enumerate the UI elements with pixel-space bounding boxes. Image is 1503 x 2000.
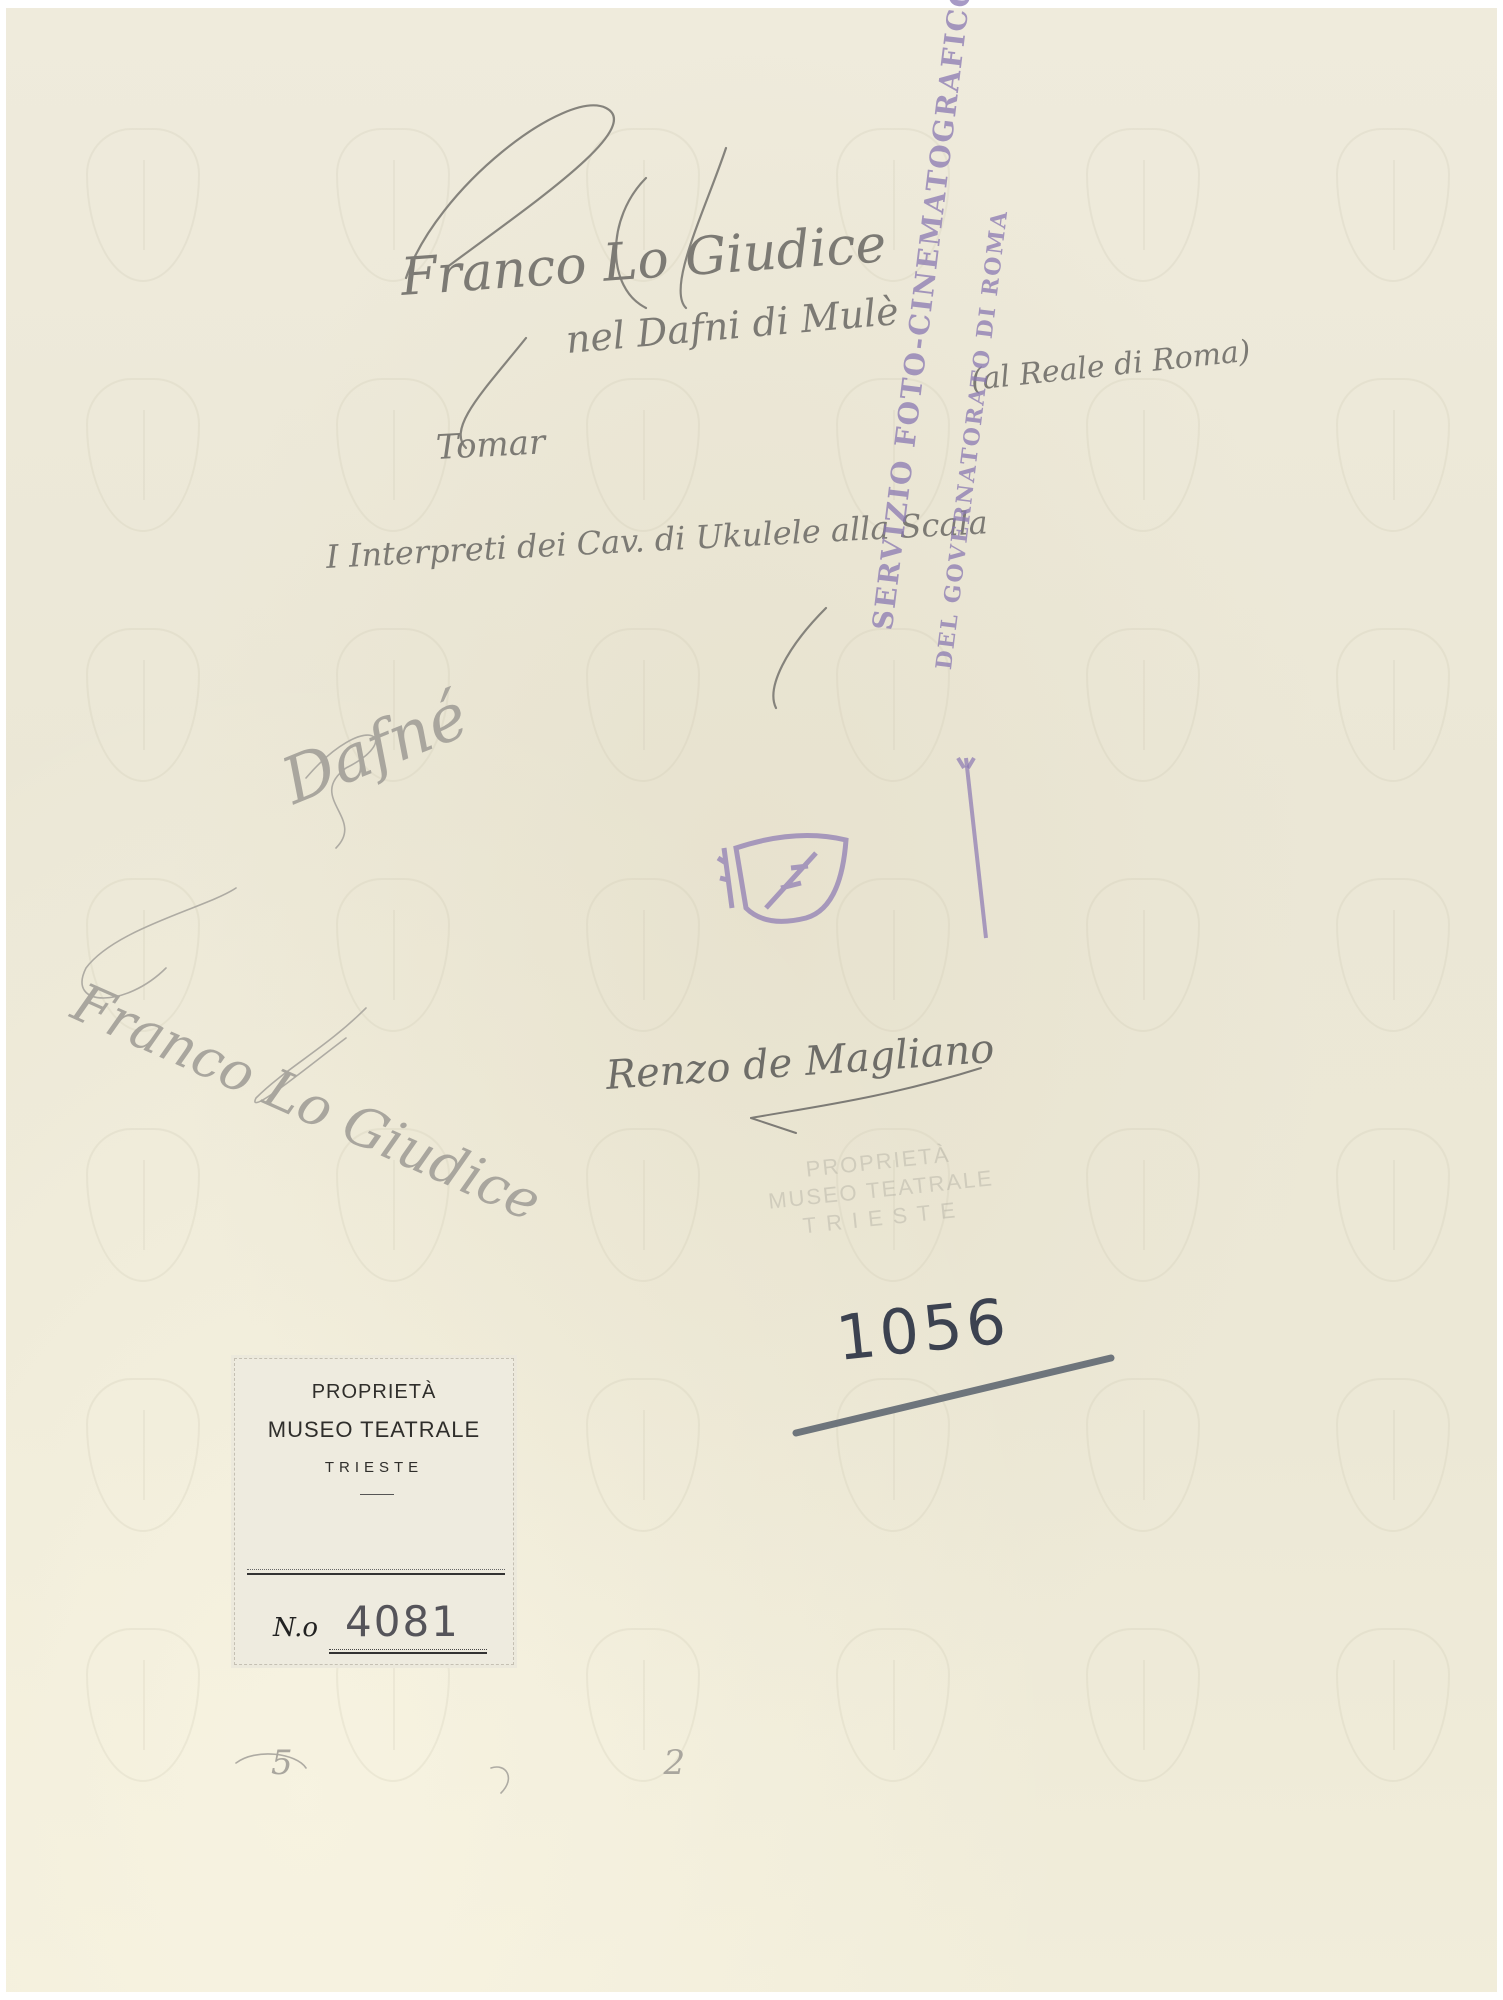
label-number-underline (329, 1652, 487, 1654)
inscription-tomar: Tomar (435, 422, 546, 468)
label-number-prefix: N.o (273, 1613, 318, 1643)
label-city: TRIESTE (235, 1459, 513, 1476)
photo-verso-paper: Franco Lo Giudice nel Dafni di Mulè (al … (6, 8, 1497, 1992)
label-number-value: 4081 (345, 1597, 460, 1646)
label-proprieta: PROPRIETÀ (235, 1381, 513, 1404)
label-rule (247, 1573, 505, 1575)
pencil-marks-bottom: 5 2 (271, 1743, 865, 1783)
label-divider (360, 1494, 394, 1495)
governatorato-stamp: SERVIZIO FOTO-CINEMATOGRAFICO DEL GOVERN… (696, 608, 996, 1058)
label-museo: MUSEO TEATRALE (235, 1417, 513, 1443)
museum-property-label: PROPRIETÀ MUSEO TEATRALE TRIESTE N.o 408… (234, 1358, 514, 1665)
crowned-shield-icon (696, 608, 996, 1058)
